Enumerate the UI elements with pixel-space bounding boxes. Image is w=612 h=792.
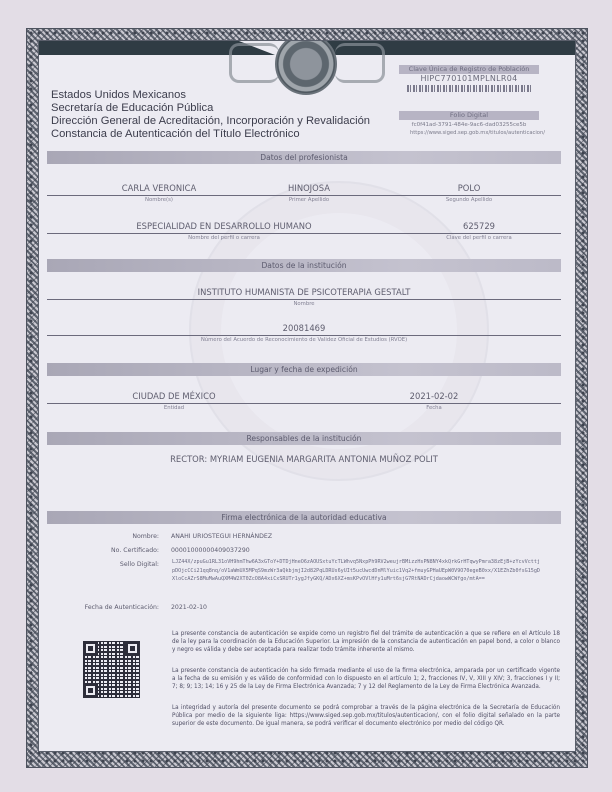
folio-label: Folio Digital [399, 111, 539, 120]
label-nombre: Nombre(s) [89, 196, 229, 205]
qr-finder [83, 641, 98, 656]
header-country: Estados Unidos Mexicanos [51, 89, 370, 102]
label-primer-apellido: Primer Apellido [239, 196, 379, 205]
national-seal-icon [275, 40, 337, 95]
label-carrera: Nombre del perfil o carrera [99, 234, 349, 243]
primer-apellido-value: HINOJOSA [239, 183, 379, 194]
entidad-label: Entidad [99, 404, 249, 413]
fecha-value: 2021-02-02 [369, 391, 499, 402]
label-fecha: Fecha [369, 404, 499, 413]
fecha-autenticacion-value: 2021-02-10 [171, 603, 207, 612]
label-segundo-apellido: Segundo Apellido [399, 196, 539, 205]
fret-ornament-right [335, 43, 385, 83]
field-entidad: CIUDAD DE MÉXICO [99, 391, 249, 402]
folio-box: Folio Digital fc0f41ad-3791-484e-9ac6-da… [399, 111, 539, 130]
field-rector: RECTOR: MYRIAM EUGENIA MARGARITA ANTONIA… [47, 454, 561, 465]
qr-finder [125, 641, 140, 656]
curp-label: Clave Única de Registro de Población [399, 65, 539, 74]
qr-finder [83, 683, 98, 698]
section-responsables: Responsables de la institución [47, 432, 561, 445]
certificado-value: 00001000000409037290 [171, 546, 250, 555]
fecha-label: Fecha [369, 404, 499, 413]
legal-paragraph-2: La presente constancia de autenticación … [172, 668, 560, 691]
fret-ornament-left [229, 43, 279, 83]
section-expedicion: Lugar y fecha de expedición [47, 363, 561, 376]
clave-value: 625729 [419, 221, 539, 232]
entidad-value: CIUDAD DE MÉXICO [99, 391, 249, 402]
rvoe-value: 20081469 [47, 323, 561, 334]
field-fecha: 2021-02-02 [369, 391, 499, 402]
verification-url[interactable]: https://www.siged.sep.gob.mx/titulos/aut… [395, 130, 545, 136]
segundo-apellido-value: POLO [399, 183, 539, 194]
barcode-icon [407, 85, 531, 92]
section-profesionista: Datos del profesionista [47, 151, 561, 164]
field-primer-apellido: HINOJOSA [239, 183, 379, 194]
rector-value: RECTOR: MYRIAM EUGENIA MARGARITA ANTONIA… [47, 454, 561, 465]
nombre-label: Nombre(s) [89, 196, 229, 205]
certificado-label: No. Certificado: [69, 546, 159, 555]
label-clave: Clave del perfil o carrera [419, 234, 539, 243]
sello-label: Sello Digital: [69, 560, 159, 569]
fecha-autenticacion-label: Fecha de Autenticación: [69, 603, 159, 612]
header-doc-title: Constancia de Autenticación del Título E… [51, 128, 370, 141]
document-header: Estados Unidos Mexicanos Secretaría de E… [51, 89, 370, 141]
institucion-nombre-label: Nombre [47, 300, 561, 309]
legal-paragraph-1: La presente constancia de autenticación … [172, 631, 560, 654]
header-directorate: Dirección General de Acreditación, Incor… [51, 115, 370, 128]
section-institucion: Datos de la institución [47, 259, 561, 272]
field-institucion-nombre: INSTITUTO HUMANISTA DE PSICOTERAPIA GEST… [47, 287, 561, 298]
field-carrera: ESPECIALIDAD EN DESARROLLO HUMANO [99, 221, 349, 232]
field-segundo-apellido: POLO [399, 183, 539, 194]
firma-nombre-value: ANAHI URIOSTEGUI HERNÁNDEZ [171, 532, 272, 541]
legal-paragraph-3: La integridad y autoría del presente doc… [172, 705, 560, 728]
label-rvoe: Número del Acuerdo de Reconocimiento de … [47, 336, 561, 345]
segundo-apellido-label: Segundo Apellido [399, 196, 539, 205]
certificate-sheet: Estados Unidos Mexicanos Secretaría de E… [38, 40, 576, 752]
nombre-value: CARLA VERONICA [89, 183, 229, 194]
sello-digital-value: LJZ44X/zpuGu1RL31oVH9hmThw6A3xGToY+DTDjH… [172, 558, 542, 584]
carrera-label: Nombre del perfil o carrera [99, 234, 349, 243]
field-rvoe: 20081469 [47, 323, 561, 334]
header-ministry: Secretaría de Educación Pública [51, 102, 370, 115]
carrera-value: ESPECIALIDAD EN DESARROLLO HUMANO [99, 221, 349, 232]
institucion-nombre-value: INSTITUTO HUMANISTA DE PSICOTERAPIA GEST… [47, 287, 561, 298]
clave-label: Clave del perfil o carrera [419, 234, 539, 243]
rvoe-label: Número del Acuerdo de Reconocimiento de … [47, 336, 561, 345]
section-firma: Firma electrónica de la autoridad educat… [47, 511, 561, 524]
qr-code-icon[interactable] [83, 641, 140, 698]
folio-value: fc0f41ad-3791-484e-9ac6-dad03255ce5b [399, 120, 539, 130]
label-institucion-nombre: Nombre [47, 300, 561, 309]
primer-apellido-label: Primer Apellido [239, 196, 379, 205]
label-entidad: Entidad [99, 404, 249, 413]
curp-value: HIPC770101MPLNLR04 [399, 74, 539, 84]
field-nombre: CARLA VERONICA [89, 183, 229, 194]
curp-box: Clave Única de Registro de Población HIP… [399, 65, 539, 92]
firma-nombre-label: Nombre: [69, 532, 159, 541]
field-clave: 625729 [419, 221, 539, 232]
